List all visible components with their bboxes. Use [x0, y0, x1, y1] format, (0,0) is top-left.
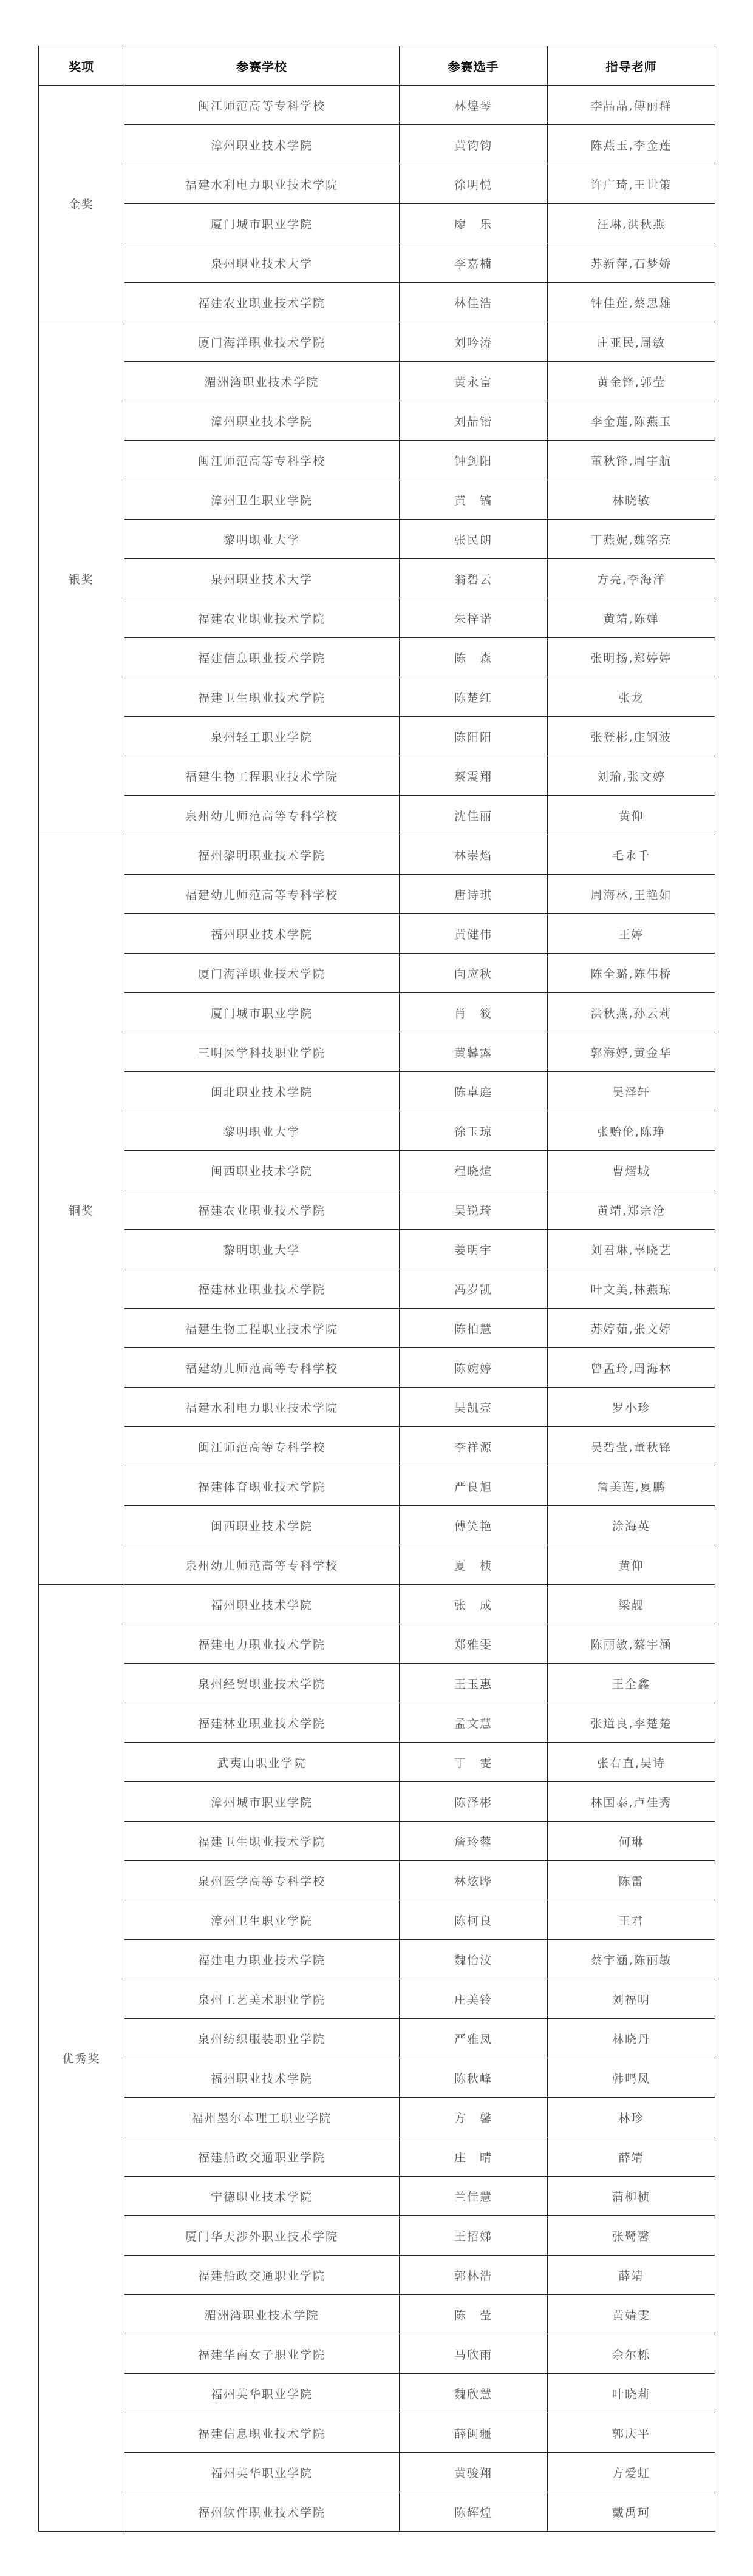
table-row: 福州职业技术学院黄健伟王婷 [39, 914, 715, 954]
teacher-cell: 黄仰 [548, 1545, 715, 1585]
table-row: 福建信息职业技术学院薛闽疆郭庆平 [39, 2413, 715, 2453]
contestant-cell: 陈泽彬 [400, 1782, 548, 1822]
teacher-cell: 戴禹珂 [548, 2492, 715, 2532]
contestant-cell: 徐明悦 [400, 164, 548, 204]
school-cell: 福州英华职业学院 [124, 2453, 400, 2492]
school-cell: 闽西职业技术学院 [124, 1151, 400, 1190]
table-row: 泉州工艺美术职业学院庄美铃刘福明 [39, 1979, 715, 2019]
contestant-cell: 黄馨露 [400, 1032, 548, 1072]
teacher-cell: 梁靓 [548, 1585, 715, 1624]
teacher-cell: 陈丽敏,蔡宇涵 [548, 1624, 715, 1664]
header-row: 奖项 参赛学校 参赛选手 指导老师 [39, 46, 715, 86]
school-cell: 福州职业技术学院 [124, 914, 400, 954]
table-row: 福建生物工程职业技术学院蔡震翔刘瑜,张文婷 [39, 756, 715, 796]
school-cell: 厦门华天涉外职业技术学院 [124, 2216, 400, 2256]
table-row: 漳州职业技术学院黄钧钧陈燕玉,李金莲 [39, 125, 715, 164]
school-cell: 福建体育职业技术学院 [124, 1466, 400, 1506]
contestant-cell: 魏怡汶 [400, 1940, 548, 1979]
contestant-cell: 肖 筱 [400, 993, 548, 1032]
school-cell: 泉州工艺美术职业学院 [124, 1979, 400, 2019]
table-row: 福建电力职业技术学院郑雅雯陈丽敏,蔡宇涵 [39, 1624, 715, 1664]
contestant-cell: 詹玲蓉 [400, 1822, 548, 1861]
school-cell: 福州黎明职业技术学院 [124, 835, 400, 875]
contestant-cell: 薛闽疆 [400, 2413, 548, 2453]
teacher-cell: 李晶晶,傅丽群 [548, 86, 715, 125]
table-row: 宁德职业技术学院兰佳慧蒲柳桢 [39, 2177, 715, 2216]
contestant-cell: 黄钧钧 [400, 125, 548, 164]
contestant-cell: 陈卓庭 [400, 1072, 548, 1111]
contestant-cell: 钟剑阳 [400, 441, 548, 480]
school-cell: 泉州幼儿师范高等专科学校 [124, 796, 400, 835]
school-cell: 福建林业职业技术学院 [124, 1269, 400, 1309]
contestant-cell: 夏 桢 [400, 1545, 548, 1585]
contestant-cell: 兰佳慧 [400, 2177, 548, 2216]
school-cell: 福建农业职业技术学院 [124, 598, 400, 638]
contestant-cell: 陈阳阳 [400, 717, 548, 756]
teacher-cell: 薛靖 [548, 2137, 715, 2177]
school-cell: 厦门城市职业学院 [124, 993, 400, 1032]
contestant-cell: 严雅凤 [400, 2019, 548, 2058]
school-cell: 福建华南女子职业学院 [124, 2334, 400, 2374]
contestant-cell: 陈秋峰 [400, 2058, 548, 2098]
header-school: 参赛学校 [124, 46, 400, 86]
teacher-cell: 刘福明 [548, 1979, 715, 2019]
table-row: 厦门华天涉外职业技术学院王招娣张鹭馨 [39, 2216, 715, 2256]
contestant-cell: 沈佳丽 [400, 796, 548, 835]
table-row: 福州英华职业学院黄骏翔方爱虹 [39, 2453, 715, 2492]
table-row: 银奖厦门海洋职业技术学院刘吟涛庄亚民,周敏 [39, 322, 715, 362]
teacher-cell: 蔡宇涵,陈丽敏 [548, 1940, 715, 1979]
school-cell: 宁德职业技术学院 [124, 2177, 400, 2216]
teacher-cell: 韩鸣凤 [548, 2058, 715, 2098]
teacher-cell: 叶晓莉 [548, 2374, 715, 2413]
teacher-cell: 林晓丹 [548, 2019, 715, 2058]
teacher-cell: 方爱虹 [548, 2453, 715, 2492]
header-award: 奖项 [39, 46, 124, 86]
contestant-cell: 陈柯良 [400, 1900, 548, 1940]
teacher-cell: 陈燕玉,李金莲 [548, 125, 715, 164]
table-row: 漳州卫生职业学院黄 镐林晓敏 [39, 480, 715, 520]
table-row: 漳州卫生职业学院陈柯良王君 [39, 1900, 715, 1940]
school-cell: 福建幼儿师范高等专科学校 [124, 1348, 400, 1388]
award-level-cell: 银奖 [39, 322, 124, 835]
school-cell: 黎明职业大学 [124, 1230, 400, 1269]
teacher-cell: 苏婷茹,张文婷 [548, 1309, 715, 1348]
table-row: 闽江师范高等专科学校钟剑阳董秋锋,周宇航 [39, 441, 715, 480]
school-cell: 厦门城市职业学院 [124, 204, 400, 243]
school-cell: 漳州职业技术学院 [124, 401, 400, 441]
school-cell: 泉州幼儿师范高等专科学校 [124, 1545, 400, 1585]
teacher-cell: 洪秋燕,孙云莉 [548, 993, 715, 1032]
teacher-cell: 许广琦,王世策 [548, 164, 715, 204]
table-row: 福建水利电力职业技术学院徐明悦许广琦,王世策 [39, 164, 715, 204]
teacher-cell: 吴泽轩 [548, 1072, 715, 1111]
contestant-cell: 林煌琴 [400, 86, 548, 125]
table-row: 三明医学科技职业学院黄馨露郭海婷,黄金华 [39, 1032, 715, 1072]
contestant-cell: 李嘉楠 [400, 243, 548, 283]
contestant-cell: 程晓煊 [400, 1151, 548, 1190]
school-cell: 厦门海洋职业技术学院 [124, 322, 400, 362]
table-row: 福建电力职业技术学院魏怡汶蔡宇涵,陈丽敏 [39, 1940, 715, 1979]
school-cell: 闽北职业技术学院 [124, 1072, 400, 1111]
contestant-cell: 姜明宇 [400, 1230, 548, 1269]
school-cell: 闽西职业技术学院 [124, 1506, 400, 1545]
school-cell: 闽江师范高等专科学校 [124, 441, 400, 480]
teacher-cell: 周海林,王艳如 [548, 875, 715, 914]
contestant-cell: 丁 雯 [400, 1743, 548, 1782]
teacher-cell: 黄金锋,郭莹 [548, 362, 715, 401]
contestant-cell: 陈 莹 [400, 2295, 548, 2334]
teacher-cell: 黄婧雯 [548, 2295, 715, 2334]
school-cell: 厦门海洋职业技术学院 [124, 954, 400, 993]
table-row: 福建船政交通职业学院庄 晴薛靖 [39, 2137, 715, 2177]
table-row: 福州英华职业学院魏欣慧叶晓莉 [39, 2374, 715, 2413]
contestant-cell: 吴锐琦 [400, 1190, 548, 1230]
contestant-cell: 郭林浩 [400, 2256, 548, 2295]
school-cell: 福建卫生职业技术学院 [124, 1822, 400, 1861]
school-cell: 福州软件职业技术学院 [124, 2492, 400, 2532]
teacher-cell: 汪琳,洪秋燕 [548, 204, 715, 243]
school-cell: 闽江师范高等专科学校 [124, 86, 400, 125]
table-row: 泉州轻工职业学院陈阳阳张登彬,庄钢波 [39, 717, 715, 756]
teacher-cell: 钟佳莲,蔡思雄 [548, 283, 715, 322]
contestant-cell: 张民朗 [400, 520, 548, 559]
table-row: 泉州经贸职业技术学院王玉惠王全鑫 [39, 1664, 715, 1703]
teacher-cell: 毛永千 [548, 835, 715, 875]
school-cell: 武夷山职业学院 [124, 1743, 400, 1782]
school-cell: 福建幼儿师范高等专科学校 [124, 875, 400, 914]
teacher-cell: 方亮,李海洋 [548, 559, 715, 598]
table-row: 泉州纺织服装职业学院严雅凤林晓丹 [39, 2019, 715, 2058]
table-row: 金奖闽江师范高等专科学校林煌琴李晶晶,傅丽群 [39, 86, 715, 125]
table-row: 泉州幼儿师范高等专科学校沈佳丽黄仰 [39, 796, 715, 835]
table-row: 闽江师范高等专科学校李祥源吴碧莹,董秋锋 [39, 1427, 715, 1466]
school-cell: 福建船政交通职业学院 [124, 2256, 400, 2295]
contestant-cell: 林崇焰 [400, 835, 548, 875]
contestant-cell: 陈柏慧 [400, 1309, 548, 1348]
table-row: 福建幼儿师范高等专科学校唐诗琪周海林,王艳如 [39, 875, 715, 914]
teacher-cell: 张登彬,庄钢波 [548, 717, 715, 756]
teacher-cell: 张右直,吴诗 [548, 1743, 715, 1782]
teacher-cell: 庄亚民,周敏 [548, 322, 715, 362]
table-row: 福建水利电力职业技术学院吴凯亮罗小珍 [39, 1388, 715, 1427]
teacher-cell: 詹美莲,夏鹏 [548, 1466, 715, 1506]
contestant-cell: 庄 晴 [400, 2137, 548, 2177]
school-cell: 福建水利电力职业技术学院 [124, 164, 400, 204]
table-row: 泉州职业技术大学翁碧云方亮,李海洋 [39, 559, 715, 598]
contestant-cell: 魏欣慧 [400, 2374, 548, 2413]
header-teacher: 指导老师 [548, 46, 715, 86]
teacher-cell: 罗小珍 [548, 1388, 715, 1427]
table-row: 优秀奖福州职业技术学院张 成梁靓 [39, 1585, 715, 1624]
table-row: 黎明职业大学张民朗丁燕妮,魏铭亮 [39, 520, 715, 559]
teacher-cell: 林晓敏 [548, 480, 715, 520]
school-cell: 福建信息职业技术学院 [124, 638, 400, 677]
contestant-cell: 廖 乐 [400, 204, 548, 243]
table-row: 福建船政交通职业学院郭林浩薛靖 [39, 2256, 715, 2295]
school-cell: 福建卫生职业技术学院 [124, 677, 400, 717]
teacher-cell: 林珍 [548, 2098, 715, 2137]
contestant-cell: 唐诗琪 [400, 875, 548, 914]
contestant-cell: 刘喆锴 [400, 401, 548, 441]
table-row: 福建农业职业技术学院林佳浩钟佳莲,蔡思雄 [39, 283, 715, 322]
teacher-cell: 王婷 [548, 914, 715, 954]
teacher-cell: 何琳 [548, 1822, 715, 1861]
teacher-cell: 郭海婷,黄金华 [548, 1032, 715, 1072]
school-cell: 泉州职业技术大学 [124, 243, 400, 283]
table-row: 铜奖福州黎明职业技术学院林崇焰毛永千 [39, 835, 715, 875]
contestant-cell: 陈楚红 [400, 677, 548, 717]
table-row: 泉州职业技术大学李嘉楠苏新萍,石梦娇 [39, 243, 715, 283]
header-contestant: 参赛选手 [400, 46, 548, 86]
school-cell: 湄洲湾职业技术学院 [124, 2295, 400, 2334]
school-cell: 福州职业技术学院 [124, 1585, 400, 1624]
teacher-cell: 张鹭馨 [548, 2216, 715, 2256]
school-cell: 福建农业职业技术学院 [124, 1190, 400, 1230]
contestant-cell: 庄美铃 [400, 1979, 548, 2019]
table-row: 福建信息职业技术学院陈 森张明扬,郑婷婷 [39, 638, 715, 677]
teacher-cell: 郭庆平 [548, 2413, 715, 2453]
table-row: 福州软件职业技术学院陈辉煌戴禹珂 [39, 2492, 715, 2532]
contestant-cell: 翁碧云 [400, 559, 548, 598]
award-level-cell: 金奖 [39, 86, 124, 322]
teacher-cell: 张明扬,郑婷婷 [548, 638, 715, 677]
teacher-cell: 陈雷 [548, 1861, 715, 1900]
school-cell: 湄洲湾职业技术学院 [124, 362, 400, 401]
school-cell: 泉州职业技术大学 [124, 559, 400, 598]
school-cell: 漳州卫生职业学院 [124, 1900, 400, 1940]
school-cell: 福州职业技术学院 [124, 2058, 400, 2098]
table-row: 福建体育职业技术学院严良旭詹美莲,夏鹏 [39, 1466, 715, 1506]
table-row: 武夷山职业学院丁 雯张右直,吴诗 [39, 1743, 715, 1782]
contestant-cell: 王玉惠 [400, 1664, 548, 1703]
teacher-cell: 张道良,李楚楚 [548, 1703, 715, 1743]
table-row: 厦门海洋职业技术学院向应秋陈全璐,陈伟桥 [39, 954, 715, 993]
contestant-cell: 黄永富 [400, 362, 548, 401]
contestant-cell: 林炫晔 [400, 1861, 548, 1900]
table-row: 黎明职业大学姜明宇刘君琳,辜晓艺 [39, 1230, 715, 1269]
teacher-cell: 曹熠城 [548, 1151, 715, 1190]
teacher-cell: 董秋锋,周宇航 [548, 441, 715, 480]
table-row: 闽北职业技术学院陈卓庭吴泽轩 [39, 1072, 715, 1111]
table-row: 黎明职业大学徐玉琼张贻伦,陈琤 [39, 1111, 715, 1151]
contestant-cell: 严良旭 [400, 1466, 548, 1506]
contestant-cell: 吴凯亮 [400, 1388, 548, 1427]
contestant-cell: 黄骏翔 [400, 2453, 548, 2492]
school-cell: 福州墨尔本理工职业学院 [124, 2098, 400, 2137]
contestant-cell: 王招娣 [400, 2216, 548, 2256]
teacher-cell: 刘瑜,张文婷 [548, 756, 715, 796]
award-level-cell: 铜奖 [39, 835, 124, 1585]
contestant-cell: 向应秋 [400, 954, 548, 993]
table-row: 福建华南女子职业学院马欣雨余尔栎 [39, 2334, 715, 2374]
contestant-cell: 陈辉煌 [400, 2492, 548, 2532]
teacher-cell: 王君 [548, 1900, 715, 1940]
contestant-cell: 朱梓诺 [400, 598, 548, 638]
teacher-cell: 林国泰,卢佳秀 [548, 1782, 715, 1822]
school-cell: 福建水利电力职业技术学院 [124, 1388, 400, 1427]
table-row: 闽西职业技术学院傅笑艳涂海英 [39, 1506, 715, 1545]
contestant-cell: 方 馨 [400, 2098, 548, 2137]
table-row: 福建农业职业技术学院吴锐琦黄靖,郑宗沧 [39, 1190, 715, 1230]
table-row: 福建林业职业技术学院孟文慧张道良,李楚楚 [39, 1703, 715, 1743]
school-cell: 漳州城市职业学院 [124, 1782, 400, 1822]
table-row: 厦门城市职业学院廖 乐汪琳,洪秋燕 [39, 204, 715, 243]
table-row: 闽西职业技术学院程晓煊曹熠城 [39, 1151, 715, 1190]
contestant-cell: 林佳浩 [400, 283, 548, 322]
teacher-cell: 黄仰 [548, 796, 715, 835]
teacher-cell: 蒲柳桢 [548, 2177, 715, 2216]
school-cell: 福建船政交通职业学院 [124, 2137, 400, 2177]
teacher-cell: 吴碧莹,董秋锋 [548, 1427, 715, 1466]
school-cell: 泉州轻工职业学院 [124, 717, 400, 756]
table-row: 福建生物工程职业技术学院陈柏慧苏婷茹,张文婷 [39, 1309, 715, 1348]
school-cell: 黎明职业大学 [124, 520, 400, 559]
table-row: 福州职业技术学院陈秋峰韩鸣凤 [39, 2058, 715, 2098]
school-cell: 福建电力职业技术学院 [124, 1940, 400, 1979]
table-row: 湄洲湾职业技术学院黄永富黄金锋,郭莹 [39, 362, 715, 401]
contestant-cell: 李祥源 [400, 1427, 548, 1466]
teacher-cell: 刘君琳,辜晓艺 [548, 1230, 715, 1269]
teacher-cell: 陈全璐,陈伟桥 [548, 954, 715, 993]
contestant-cell: 陈婉婷 [400, 1348, 548, 1388]
table-row: 福建卫生职业技术学院詹玲蓉何琳 [39, 1822, 715, 1861]
teacher-cell: 张贻伦,陈琤 [548, 1111, 715, 1151]
table-row: 厦门城市职业学院肖 筱洪秋燕,孙云莉 [39, 993, 715, 1032]
contestant-cell: 孟文慧 [400, 1703, 548, 1743]
teacher-cell: 黄靖,陈婵 [548, 598, 715, 638]
table-row: 漳州城市职业学院陈泽彬林国泰,卢佳秀 [39, 1782, 715, 1822]
school-cell: 福州英华职业学院 [124, 2374, 400, 2413]
school-cell: 泉州医学高等专科学校 [124, 1861, 400, 1900]
teacher-cell: 曾孟玲,周海林 [548, 1348, 715, 1388]
award-level-cell: 优秀奖 [39, 1585, 124, 2532]
teacher-cell: 李金莲,陈燕玉 [548, 401, 715, 441]
contestant-cell: 蔡震翔 [400, 756, 548, 796]
table-row: 福州墨尔本理工职业学院方 馨林珍 [39, 2098, 715, 2137]
teacher-cell: 黄靖,郑宗沧 [548, 1190, 715, 1230]
contestant-cell: 刘吟涛 [400, 322, 548, 362]
school-cell: 福建林业职业技术学院 [124, 1703, 400, 1743]
table-row: 福建幼儿师范高等专科学校陈婉婷曾孟玲,周海林 [39, 1348, 715, 1388]
teacher-cell: 叶文美,林燕琼 [548, 1269, 715, 1309]
school-cell: 闽江师范高等专科学校 [124, 1427, 400, 1466]
teacher-cell: 王全鑫 [548, 1664, 715, 1703]
school-cell: 福建电力职业技术学院 [124, 1624, 400, 1664]
table-row: 福建农业职业技术学院朱梓诺黄靖,陈婵 [39, 598, 715, 638]
table-row: 福建卫生职业技术学院陈楚红张龙 [39, 677, 715, 717]
school-cell: 福建信息职业技术学院 [124, 2413, 400, 2453]
contestant-cell: 陈 森 [400, 638, 548, 677]
school-cell: 漳州卫生职业学院 [124, 480, 400, 520]
table-row: 泉州幼儿师范高等专科学校夏 桢黄仰 [39, 1545, 715, 1585]
awards-table: 奖项 参赛学校 参赛选手 指导老师 金奖闽江师范高等专科学校林煌琴李晶晶,傅丽群… [38, 46, 715, 2532]
table-row: 福建林业职业技术学院冯岁凯叶文美,林燕琼 [39, 1269, 715, 1309]
table-body: 金奖闽江师范高等专科学校林煌琴李晶晶,傅丽群漳州职业技术学院黄钧钧陈燕玉,李金莲… [39, 86, 715, 2532]
teacher-cell: 涂海英 [548, 1506, 715, 1545]
contestant-cell: 黄健伟 [400, 914, 548, 954]
school-cell: 福建生物工程职业技术学院 [124, 756, 400, 796]
teacher-cell: 苏新萍,石梦娇 [548, 243, 715, 283]
contestant-cell: 傅笑艳 [400, 1506, 548, 1545]
contestant-cell: 张 成 [400, 1585, 548, 1624]
table-row: 湄洲湾职业技术学院陈 莹黄婧雯 [39, 2295, 715, 2334]
school-cell: 泉州经贸职业技术学院 [124, 1664, 400, 1703]
contestant-cell: 徐玉琼 [400, 1111, 548, 1151]
teacher-cell: 张龙 [548, 677, 715, 717]
school-cell: 福建生物工程职业技术学院 [124, 1309, 400, 1348]
contestant-cell: 冯岁凯 [400, 1269, 548, 1309]
table-row: 泉州医学高等专科学校林炫晔陈雷 [39, 1861, 715, 1900]
school-cell: 黎明职业大学 [124, 1111, 400, 1151]
school-cell: 福建农业职业技术学院 [124, 283, 400, 322]
school-cell: 漳州职业技术学院 [124, 125, 400, 164]
contestant-cell: 郑雅雯 [400, 1624, 548, 1664]
school-cell: 泉州纺织服装职业学院 [124, 2019, 400, 2058]
table-row: 漳州职业技术学院刘喆锴李金莲,陈燕玉 [39, 401, 715, 441]
contestant-cell: 马欣雨 [400, 2334, 548, 2374]
teacher-cell: 丁燕妮,魏铭亮 [548, 520, 715, 559]
teacher-cell: 薛靖 [548, 2256, 715, 2295]
contestant-cell: 黄 镐 [400, 480, 548, 520]
teacher-cell: 余尔栎 [548, 2334, 715, 2374]
school-cell: 三明医学科技职业学院 [124, 1032, 400, 1072]
